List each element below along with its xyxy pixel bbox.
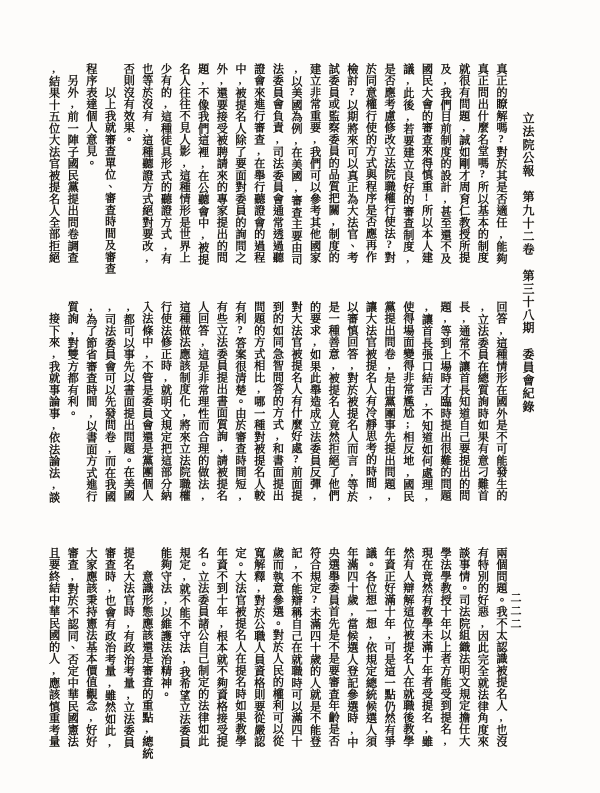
text-column: 長,通常不讓首長知道自己要提出的問: [454, 301, 473, 518]
text-column: 且要終結中華民國的人,應該慎重考量: [44, 547, 63, 769]
text-column: 試委員或監察委員的品質把關,制度的: [324, 63, 343, 271]
text-column: 年資正好滿十年,可是這一點仍然有爭: [380, 547, 399, 769]
text-column: ,為了節省審查時間,以書面方式進行: [81, 301, 100, 518]
text-column: 也等於沒有,這種聽證方式絕對要改,: [137, 63, 156, 271]
text-column: ,立法委員在總質詢時如果有意刁難首: [473, 301, 492, 518]
text-column: 及,我們目前制度的設計,甚至還不及: [435, 63, 454, 271]
text-column: 有特別的好惡,因此完全就法律角度來: [473, 547, 492, 769]
text-column: ,結果十五位大法官被提名人全部拒絕: [44, 63, 63, 271]
text-column: 回答,這種情形在國外是不可能發生的: [491, 301, 510, 518]
text-column: 學法學教授十年以上者方能受到提名,: [435, 547, 454, 769]
text-band-bottom: 兩個問題。我不太認識被提名人,也沒有特別的好惡,因此完全就法律角度來談事情。司法…: [44, 547, 510, 769]
text-column: ,讓首長張口結舌,不知道如何處理,: [417, 301, 436, 518]
text-column: 行使法修正時,就明文規定把這部分納: [156, 301, 175, 518]
text-column: ,司法委員會可以先發問卷,而在我國: [100, 301, 119, 518]
text-column: 就很有問題,誠如剛才周育仁教授所提: [454, 63, 473, 271]
text-column: 議,此後,若要建立良好的審查制度,: [398, 63, 417, 271]
text-column: 大家應該秉持憲法基本價值觀念,好好: [81, 547, 100, 769]
text-column: 題,等到上場時才臨時提出很難的問題: [435, 301, 454, 518]
text-column: 定。大法官被提名人在提名時如果教學: [230, 547, 249, 769]
text-column: 建立非常重要,我們可以參考其他國家: [305, 63, 324, 271]
text-column: 以審慎回答,對於被提名人而言,等於: [342, 301, 361, 518]
text-column: 這種做法應該制度化,將來立法院職權: [174, 301, 193, 518]
text-column: 談事情。司法院組織法明文規定擔任大: [454, 547, 473, 769]
text-column: 入法條中,不管是委員會還是黨團個人: [137, 301, 156, 518]
text-column: 意識形態應該還是審查的重點,總統: [137, 547, 156, 769]
text-column: 審查時,也會有政治考量,雖然如此,: [100, 547, 119, 769]
text-column: 否則沒有效果。: [119, 63, 138, 271]
text-band-middle: 回答,這種情形在國外是不可能發生的,立法委員在總質詢時如果有意刁難首長,通常不讓…: [44, 301, 510, 518]
text-column: 法委員會負責,司法委員會通常透過聽: [268, 63, 287, 271]
text-column: 質詢,對雙方都有利。: [63, 301, 82, 518]
text-column: 提名大法官時,有政治考量,立法委員: [119, 547, 138, 769]
text-column: 年資不到十年,根本就不夠資格接受提: [212, 547, 231, 769]
text-column: 有些立法委員提出書面質詢,請被提名: [212, 301, 231, 518]
text-column: 以上我就審查單位、審查時間及審查: [100, 63, 119, 271]
text-column: 央選舉委員首先是不是要審查年齡是否: [324, 547, 343, 769]
text-column: 議。各位想一想,依規定總統候選人須: [361, 547, 380, 769]
text-column: 審查,對於不認同、否定中華民國憲法: [63, 547, 82, 769]
text-band-top: 真正的瞭解嗎?對於其是否適任,能夠真正問出什麼名堂嗎?所以基本的制度就很有問題,…: [44, 63, 510, 271]
text-column: 接下來,我就事論事,依法論法,談: [44, 301, 63, 518]
text-column: ,都可以事先以書面提出問題。在美國: [119, 301, 138, 518]
text-column: 程序表達個人意見。: [81, 63, 100, 271]
text-column: 對大法官被提名人有什麼好處?前面提: [286, 301, 305, 518]
text-column: 少有的,這種徒具形式的聽證方式,有: [156, 63, 175, 271]
text-column: 題,不像我們這裡,在公聽會中,被提: [193, 63, 212, 271]
text-column: 到的如同急智問答的方式,和書面提出: [268, 301, 287, 518]
text-column: 年滿四十歲,當候選人登記參選時,中: [342, 547, 361, 769]
text-column: 寬解釋,對於公職人員資格則要從嚴認: [249, 547, 268, 769]
text-column: 檢討?以期將來可以真正為大法官、考: [342, 63, 361, 271]
text-column: 真正問出什麼名堂嗎?所以基本的制度: [473, 63, 492, 271]
text-column: 另外,前一陣子國民黨提出問卷調查: [63, 63, 82, 271]
text-column: 讓大法官被提名人有冷靜思考的時間,: [361, 301, 380, 518]
text-column: 名人往往不見人影,這種情形是世界上: [174, 63, 193, 271]
gazette-scanned-page: 立法院公報 第九十二卷 第三十八期 委員會紀錄 二二二 真正的瞭解嗎?對於其是否…: [0, 0, 600, 793]
text-column: 於同意權行使的方式與程序是否應再作: [361, 63, 380, 271]
text-column: 外,還要接受被聘請來的專家提出的問: [212, 63, 231, 271]
text-column: 問題的方式相比,哪一種對被提名人較: [249, 301, 268, 518]
text-column: 兩個問題。我不太認識被提名人,也沒: [491, 547, 510, 769]
text-column: 符合規定?未滿四十歲的人就是不能登: [305, 547, 324, 769]
text-column: 國民大會的審查來得慎重!所以本人建: [417, 63, 436, 271]
text-column: 的要求,如果此舉造成立法委員反彈,: [305, 301, 324, 518]
text-column: 記,不能辯稱自己在就職時可以滿四十: [286, 547, 305, 769]
text-column: 現在竟然有教學未滿十年者受提名,雖: [417, 547, 436, 769]
text-column: 有利?答案很清楚。由於審查時間短,: [230, 301, 249, 518]
text-column: 歲而執意參選。對於人民的權利可以從: [268, 547, 287, 769]
text-column: 人回答,這是非常理性而合理的做法,: [193, 301, 212, 518]
text-column: 名。立法委員諸公自己制定的法律如此: [193, 547, 212, 769]
journal-header: 立法院公報 第九十二卷 第三十八期 委員會紀錄: [520, 112, 537, 413]
text-column: 中,被提名人除了要面對委員的詢問之: [230, 63, 249, 271]
text-column: 黨提出問卷,是由黨團事先提出問題,: [380, 301, 399, 518]
text-column: 規定,就不能不守法,我希望立法委員: [174, 547, 193, 769]
text-column: 能夠守法,以維護法治精神。: [156, 547, 175, 769]
text-column: 證會來進行審查,在舉行聽證會的過程: [249, 63, 268, 271]
text-column: 是否應考慮修改立法院職權行使法?對: [380, 63, 399, 271]
text-column: ,以美國為例,在美國,審查主要由司: [286, 63, 305, 271]
text-column: 使得場面變得非常尷尬;相反地,國民: [398, 301, 417, 518]
text-column: 是一種善意,被提名人竟然拒絕了他們: [324, 301, 343, 518]
text-column: 然有人辯解這位被提名人在就職後教學: [398, 547, 417, 769]
text-column: 真正的瞭解嗎?對於其是否適任,能夠: [491, 63, 510, 271]
